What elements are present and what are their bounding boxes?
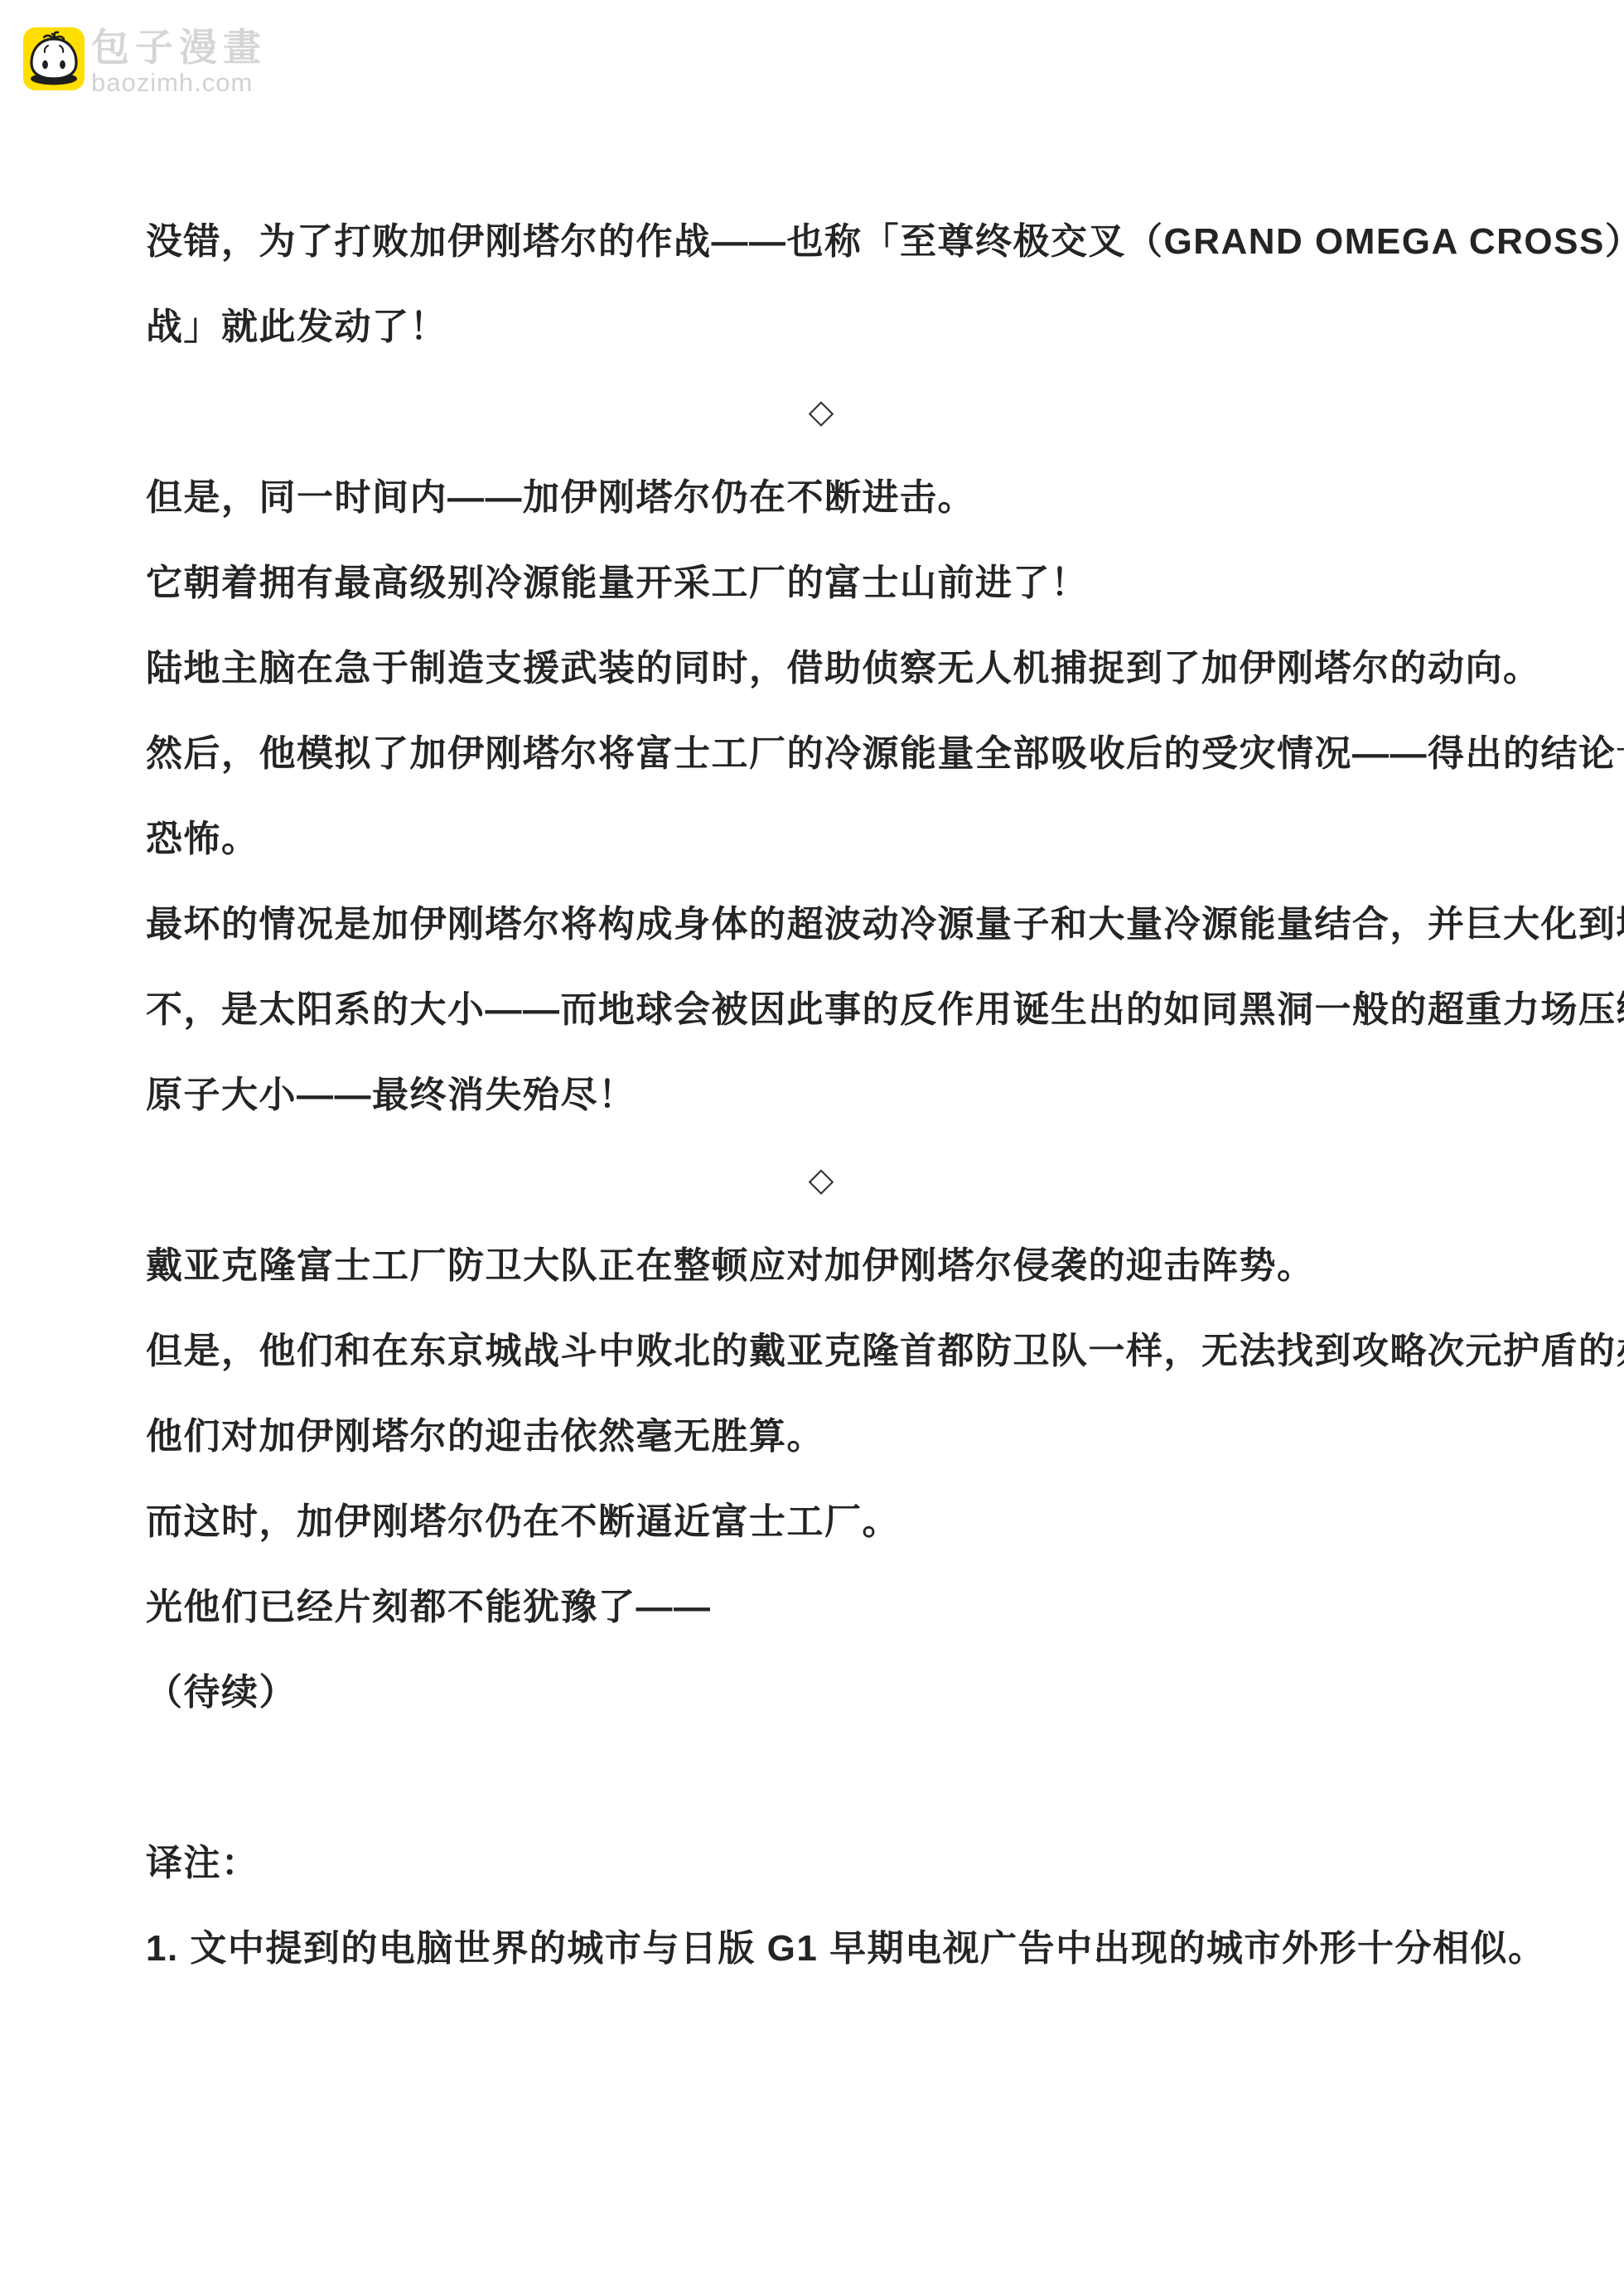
section-divider-diamond-icon: ◇ xyxy=(146,1138,1496,1223)
text-line: 戴亚克隆富士工厂防卫大队正在整顿应对加伊刚塔尔侵袭的迎击阵势。 xyxy=(146,1223,1496,1308)
section-divider-diamond-icon: ◇ xyxy=(146,370,1496,455)
text-line: 战」就此发动了！ xyxy=(146,284,1496,370)
text-line: 最坏的情况是加伊刚塔尔将构成身体的超波动冷源量子和大量冷源能量结合，并巨大化到地… xyxy=(146,882,1496,967)
site-name: 包子漫畫 xyxy=(91,28,267,68)
translator-note-item: 1. 文中提到的电脑世界的城市与日版 G1 早期电视广告中出现的城市外形十分相似… xyxy=(146,1906,1496,1991)
site-logo: 包子漫畫 baozimh.com xyxy=(23,27,267,95)
text-line: 他们对加伊刚塔尔的迎击依然毫无胜算。 xyxy=(146,1394,1496,1479)
text-line: 但是，同一时间内——加伊刚塔尔仍在不断进击。 xyxy=(146,455,1496,540)
site-domain: baozimh.com xyxy=(91,70,267,95)
translator-note-heading: 译注： xyxy=(146,1820,1496,1906)
text-line: 然后，他模拟了加伊刚塔尔将富士工厂的冷源能量全部吸收后的受灾情况——得出的结论十… xyxy=(146,711,1496,796)
text-line: 它朝着拥有最高级别冷源能量开采工厂的富士山前进了！ xyxy=(146,540,1496,626)
to-be-continued-label: （待续） xyxy=(146,1650,1496,1735)
page-root: { "logo": { "site_name": "包子漫畫", "site_d… xyxy=(0,0,1624,2296)
text-line: 恐怖。 xyxy=(146,796,1496,882)
site-logo-text: 包子漫畫 baozimh.com xyxy=(91,28,267,95)
content-area: 没错，为了打败加伊刚塔尔的作战——也称「至尊终极交叉（GRAND OMEGA C… xyxy=(146,199,1496,1991)
text-line: 光他们已经片刻都不能犹豫了—— xyxy=(146,1564,1496,1650)
text-line: 原子大小——最终消失殆尽！ xyxy=(146,1052,1496,1138)
blank-line xyxy=(146,1735,1496,1820)
text-line: 不，是太阳系的大小——而地球会被因此事的反作用诞生出的如同黑洞一般的超重力场压缩… xyxy=(146,967,1496,1052)
text-line: 没错，为了打败加伊刚塔尔的作战——也称「至尊终极交叉（GRAND OMEGA C… xyxy=(146,199,1496,284)
baozi-mascot-icon xyxy=(23,27,85,90)
text-line: 而这时，加伊刚塔尔仍在不断逼近富士工厂。 xyxy=(146,1479,1496,1564)
text-line: 但是，他们和在东京城战斗中败北的戴亚克隆首都防卫队一样，无法找到攻略次元护盾的办… xyxy=(146,1308,1496,1394)
text-line: 陆地主脑在急于制造支援武装的同时，借助侦察无人机捕捉到了加伊刚塔尔的动向。 xyxy=(146,626,1496,711)
